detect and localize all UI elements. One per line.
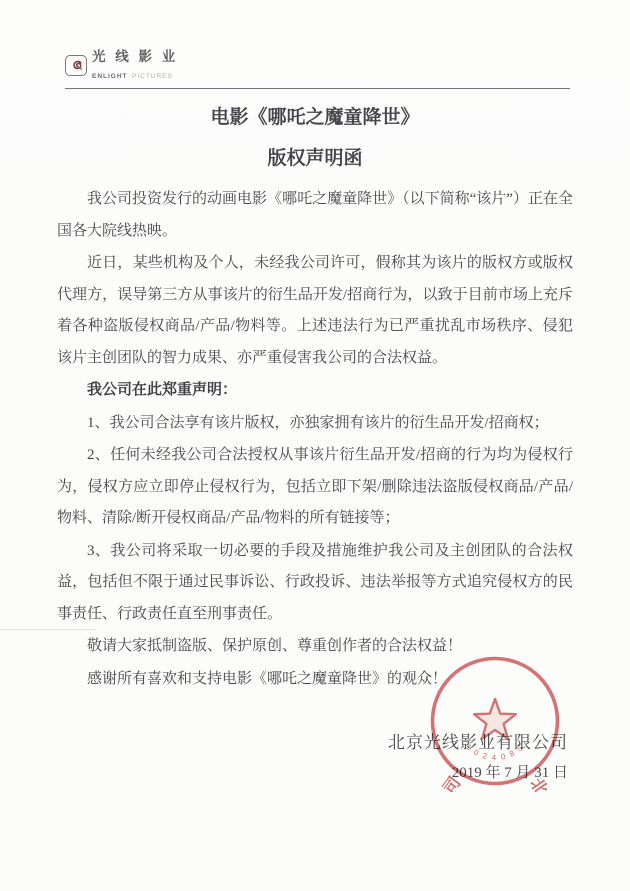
- declaration-item-2: 2、任何未经我公司合法授权从事该片衍生品开发/招商的行为均为侵权行为，侵权方应立…: [57, 440, 573, 535]
- declaration-heading: 我公司在此郑重声明：: [57, 375, 573, 407]
- scan-artifact-line: [0, 629, 96, 630]
- scanned-copyright-statement-page: 光 线 影 业 ENLIGHT PICTURES 电影《哪吒之魔童降世》 版权声…: [0, 0, 630, 891]
- letterhead: 光 线 影 业 ENLIGHT PICTURES: [65, 50, 570, 82]
- paragraph-infringement: 近日，某些机构及个人，未经我公司许可，假称其为该片的版权方或版权代理方，误导第三…: [57, 248, 573, 374]
- enlight-pictures-logo: 光 线 影 业 ENLIGHT PICTURES: [65, 50, 570, 82]
- closing-line-2: 感谢所有喜欢和支持电影《哪吒之魔童降世》的观众！: [57, 664, 573, 696]
- logo-cn-name: 光 线 影 业: [92, 50, 178, 64]
- header-divider: [65, 88, 570, 89]
- signature-block: 北京光线影业有限公司 2019 年 7 月 31 日: [388, 728, 568, 788]
- closing-line-1: 敬请大家抵制盗版、保护原创、尊重创作者的合法权益！: [57, 631, 573, 663]
- paragraph-intro: 我公司投资发行的动画电影《哪吒之魔童降世》（以下简称“该片”）正在全国各大院线热…: [57, 184, 573, 247]
- signature-company: 北京光线影业有限公司: [388, 728, 568, 758]
- document-title-movie: 电影《哪吒之魔童降世》: [57, 102, 573, 129]
- logo-text: 光 线 影 业 ENLIGHT PICTURES: [92, 50, 178, 82]
- document-text: 我公司投资发行的动画电影《哪吒之魔童降世》（以下简称“该片”）正在全国各大院线热…: [57, 184, 573, 695]
- document-body: 电影《哪吒之魔童降世》 版权声明函 我公司投资发行的动画电影《哪吒之魔童降世》（…: [57, 100, 573, 695]
- enlight-swirl-e-icon: [65, 55, 87, 76]
- document-title-type: 版权声明函: [57, 143, 573, 170]
- logo-en-name: ENLIGHT PICTURES: [92, 66, 178, 82]
- declaration-item-1: 1、我公司合法享有该片版权，亦独家拥有该片的衍生品开发/招商权；: [57, 408, 573, 440]
- declaration-item-3: 3、我公司将采取一切必要的手段及措施维护我公司及主创团队的合法权益，包括但不限于…: [57, 536, 573, 631]
- signature-date: 2019 年 7 月 31 日: [388, 758, 568, 788]
